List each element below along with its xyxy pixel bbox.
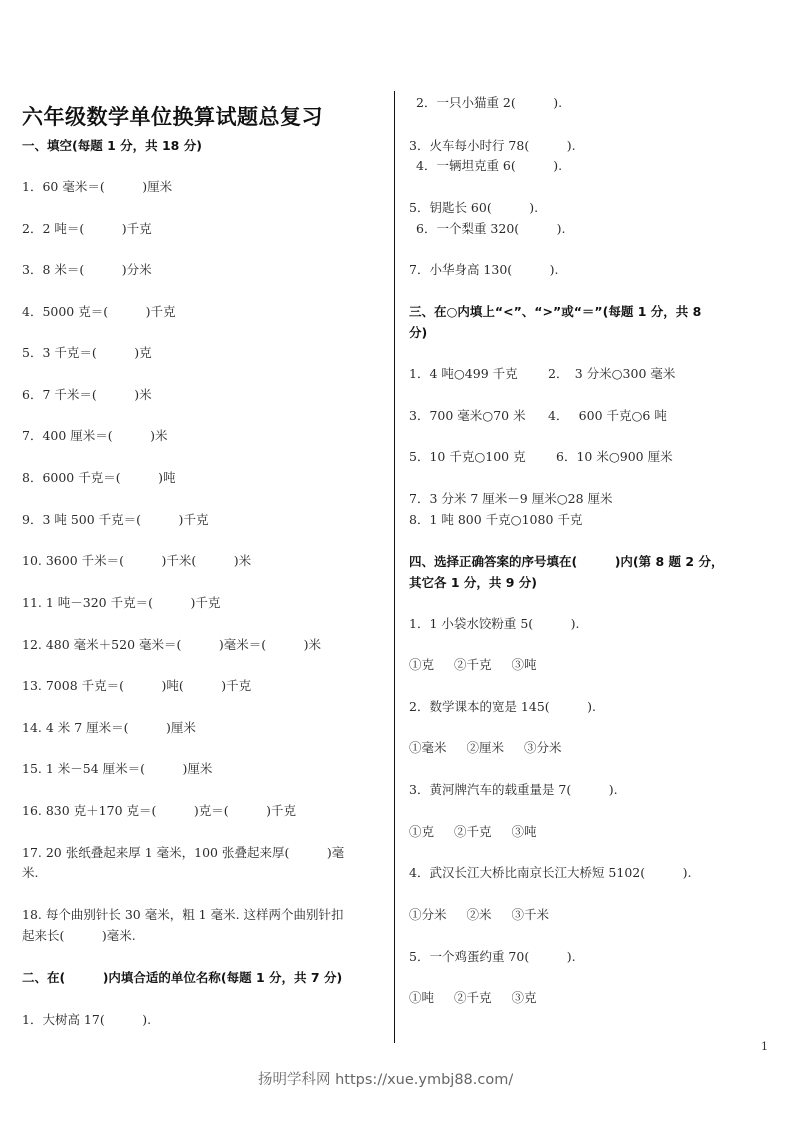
section3-heading-cont: 分) [409,322,427,343]
s4-q1-option-2: ②千克 [454,657,492,672]
s1-item-5: 5．3 千克＝( )克 [22,342,152,363]
s2-item-5: 5．钥匙长 60( ). [409,197,538,218]
s1-item-7: 7．400 厘米＝( )米 [22,425,168,446]
s1-item-13: 13. 7008 千克＝( )吨( )千克 [22,675,251,696]
s4-question-4: 4．武汉长江大桥比南京长江大桥短 5102( ). [409,862,691,883]
s4-q2-option-3: ③分米 [524,740,562,755]
s2-item-1: 1．大树高 17( ). [22,1009,151,1030]
s1-item-8: 8．6000 千克＝( )吨 [22,467,176,488]
s4-q4-options: ①分米②米③千米 [409,904,549,925]
s2-item-7: 7．小华身高 130( ). [409,259,559,280]
s4-q3-option-1: ①克 [409,824,434,839]
s4-q5-option-3: ③克 [512,990,537,1005]
section2-heading: 二、在( )内填合适的单位名称(每题 1 分，共 7 分) [22,967,342,988]
s4-q4-option-2: ②米 [467,907,492,922]
s3-item-8: 8．1 吨 800 千克○1080 千克 [409,509,582,530]
s3-item-1: 1．4 吨○499 千克 [409,363,518,384]
s4-q1-option-1: ①克 [409,657,434,672]
s4-q2-option-1: ①毫米 [409,740,447,755]
footer-watermark: 扬明学科网 https://xue.ymbj88.com/ [258,1068,513,1089]
s1-item-12: 12. 480 毫米＋520 毫米＝( )毫米＝( )米 [22,634,321,655]
section1-heading: 一、填空(每题 1 分，共 18 分) [22,135,202,156]
section4-heading: 四、选择正确答案的序号填在( )内(第 8 题 2 分， [409,551,723,572]
s3-item-4: 4． 600 千克○6 吨 [548,405,667,426]
s1-item-18: 18. 每个曲别针长 30 毫米，粗 1 毫米. 这样两个曲别针扣 [22,904,344,925]
s1-item-17: 17. 20 张纸叠起来厚 1 毫米，100 张叠起来厚( )毫 [22,842,344,863]
s2-item-2: 2．一只小猫重 2( ). [416,92,562,113]
s1-item-3: 3．8 米＝( )分米 [22,259,152,280]
s2-item-4: 4．一辆坦克重 6( ). [416,155,562,176]
s4-q5-options: ①吨②千克③克 [409,987,537,1008]
page-number: 1 [761,1040,768,1053]
column-divider [394,91,395,1043]
s2-item-6: 6．一个梨重 320( ). [416,218,566,239]
s4-q3-option-2: ②千克 [454,824,492,839]
s4-question-1: 1．1 小袋水饺粉重 5( ). [409,613,580,634]
s4-q1-options: ①克②千克③吨 [409,654,537,675]
page-title: 六年级数学单位换算试题总复习 [22,101,323,131]
s3-item-3: 3．700 毫米○70 米 [409,405,526,426]
s3-item-5: 5．10 千克○100 克 [409,446,526,467]
s1-item-2: 2．2 吨＝( )千克 [22,218,152,239]
s4-q3-options: ①克②千克③吨 [409,821,537,842]
s4-q4-option-3: ③千米 [512,907,550,922]
s4-q5-option-2: ②千克 [454,990,492,1005]
s1-item-9: 9．3 吨 500 千克＝( )千克 [22,509,208,530]
s4-question-5: 5．一个鸡蛋约重 70( ). [409,946,576,967]
s4-q1-option-3: ③吨 [512,657,537,672]
s1-item-15: 15. 1 米－54 厘米＝( )厘米 [22,758,212,779]
s1-item-6: 6．7 千米＝( )米 [22,384,152,405]
section4-heading-cont: 其它各 1 分，共 9 分) [409,572,537,593]
s4-q5-option-1: ①吨 [409,990,434,1005]
s1-item-10: 10. 3600 千米＝( )千米( )米 [22,550,251,571]
section3-heading: 三、在○内填上“<”、“>”或“＝”(每题 1 分，共 8 [409,301,701,322]
s3-item-7: 7．3 分米 7 厘米－9 厘米○28 厘米 [409,488,613,509]
s1-item-1: 1．60 毫米＝( )厘米 [22,176,172,197]
s4-q2-options: ①毫米②厘米③分米 [409,737,562,758]
s2-item-3: 3．火车每小时行 78( ). [409,135,576,156]
s4-question-2: 2．数学课本的宽是 145( ). [409,696,596,717]
s3-item-2: 2． 3 分米○300 毫米 [548,363,675,384]
s1-item-18-cont: 起来长( )毫米. [22,925,136,946]
s1-item-16: 16. 830 克＋170 克＝( )克＝( )千克 [22,800,296,821]
s1-item-17-cont: 米. [22,862,38,883]
s1-item-14: 14. 4 米 7 厘米＝( )厘米 [22,717,196,738]
s1-item-4: 4．5000 克＝( )千克 [22,301,176,322]
s4-q2-option-2: ②厘米 [467,740,505,755]
s4-q3-option-3: ③吨 [512,824,537,839]
s4-question-3: 3．黄河牌汽车的载重量是 7( ). [409,779,618,800]
s4-q4-option-1: ①分米 [409,907,447,922]
s1-item-11: 11. 1 吨－320 千克＝( )千克 [22,592,220,613]
s3-item-6: 6．10 米○900 厘米 [556,446,673,467]
